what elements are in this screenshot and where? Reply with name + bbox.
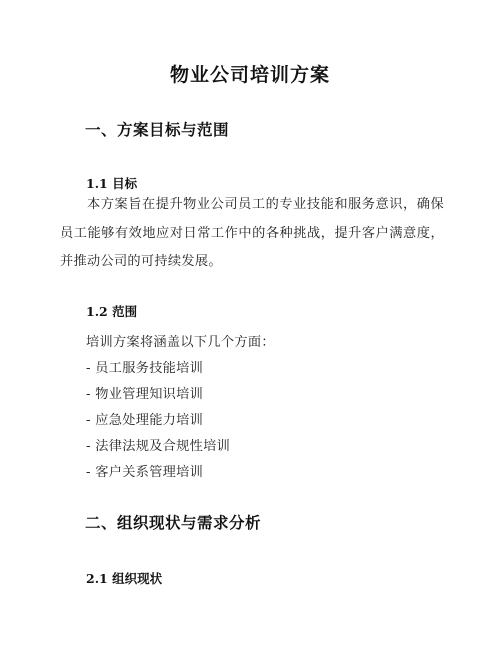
- document-page: 物业公司培训方案 一、方案目标与范围 1.1 目标 本方案旨在提升物业公司员工的…: [0, 0, 500, 647]
- document-title: 物业公司培训方案: [0, 60, 500, 87]
- scope-list-item: - 物业管理知识培训: [86, 383, 203, 402]
- scope-list-item: - 法律法规及合规性培训: [86, 435, 230, 454]
- scope-list-item: - 应急处理能力培训: [86, 409, 203, 428]
- section-heading-1: 一、方案目标与范围: [85, 118, 229, 140]
- scope-list-item: - 员工服务技能培训: [86, 357, 203, 376]
- goal-paragraph: 本方案旨在提升物业公司员工的专业技能和服务意识，确保员工能够有效地应对日常工作中…: [60, 191, 444, 277]
- subsection-heading-1-2: 1.2 范围: [86, 302, 137, 320]
- subsection-heading-2-1: 2.1 组织现状: [86, 569, 162, 587]
- subsection-heading-1-1: 1.1 目标: [86, 174, 137, 192]
- section-heading-2: 二、组织现状与需求分析: [85, 511, 261, 533]
- scope-list-item: - 客户关系管理培训: [86, 461, 203, 480]
- scope-intro: 培训方案将涵盖以下几个方面：: [86, 331, 275, 350]
